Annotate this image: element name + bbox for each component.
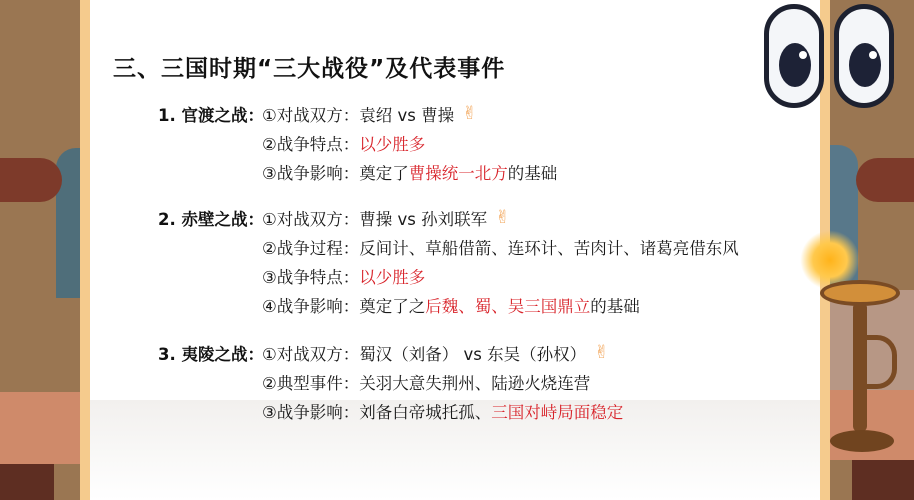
battle-heading: 2. 赤壁之战： [158,206,262,230]
victory-hand-icon: ✌ [462,103,477,124]
list-item: 3. 夷陵之战： ①对战双方： 蜀汉（刘备） vs 东吴（孙权） ✌ [158,338,623,367]
list-item: 2. 赤壁之战： ①对战双方： 曹操 vs 孙刘联军 ✌ [158,203,739,232]
list-item: ④战争影响： 奠定了之 后魏、蜀、吴三国鼎立 的基础 [158,290,739,319]
victory-hand-icon: ✌ [495,207,510,228]
list-item: 1. 官渡之战： ①对战双方： 袁绍 vs 曹操 ✌ [158,99,557,128]
list-item: ②典型事件： 关羽大意失荆州、陆逊火烧连营 [158,367,623,396]
victory-hand-icon: ✌ [594,342,609,363]
stage-base [0,464,54,500]
oil-lamp-icon [800,230,910,470]
battle-chibi: 2. 赤壁之战： ①对战双方： 曹操 vs 孙刘联军 ✌ ②战争过程： 反间计、… [158,203,739,319]
curtain-tie [856,158,914,202]
list-item: ②战争过程： 反间计、草船借箭、连环计、苦肉计、诸葛亮借东风 [158,232,739,261]
slide-title: 三、三国时期“三大战役”及代表事件 [113,50,505,83]
battle-guandu: 1. 官渡之战： ①对战双方： 袁绍 vs 曹操 ✌ ②战争特点： 以少胜多 ③… [158,99,557,186]
battle-heading: 3. 夷陵之战： [158,341,262,365]
googly-eyes-icon [764,4,904,114]
left-eye-icon [764,4,824,108]
list-item: ③战争影响： 刘备白帝城托孤、 三国对峙局面稳定 [158,396,623,425]
list-item: ③战争影响： 奠定了 曹操统一北方 的基础 [158,157,557,186]
battle-heading: 1. 官渡之战： [158,102,262,126]
slide-border-left [80,0,90,500]
list-item: ③战争特点： 以少胜多 [158,261,739,290]
left-curtain [0,0,80,500]
list-item: ②战争特点： 以少胜多 [158,128,557,157]
stage-floor [0,392,80,464]
right-eye-icon [834,4,894,108]
curtain-tie [0,158,62,202]
battle-yiling: 3. 夷陵之战： ①对战双方： 蜀汉（刘备） vs 东吴（孙权） ✌ ②典型事件… [158,338,623,425]
